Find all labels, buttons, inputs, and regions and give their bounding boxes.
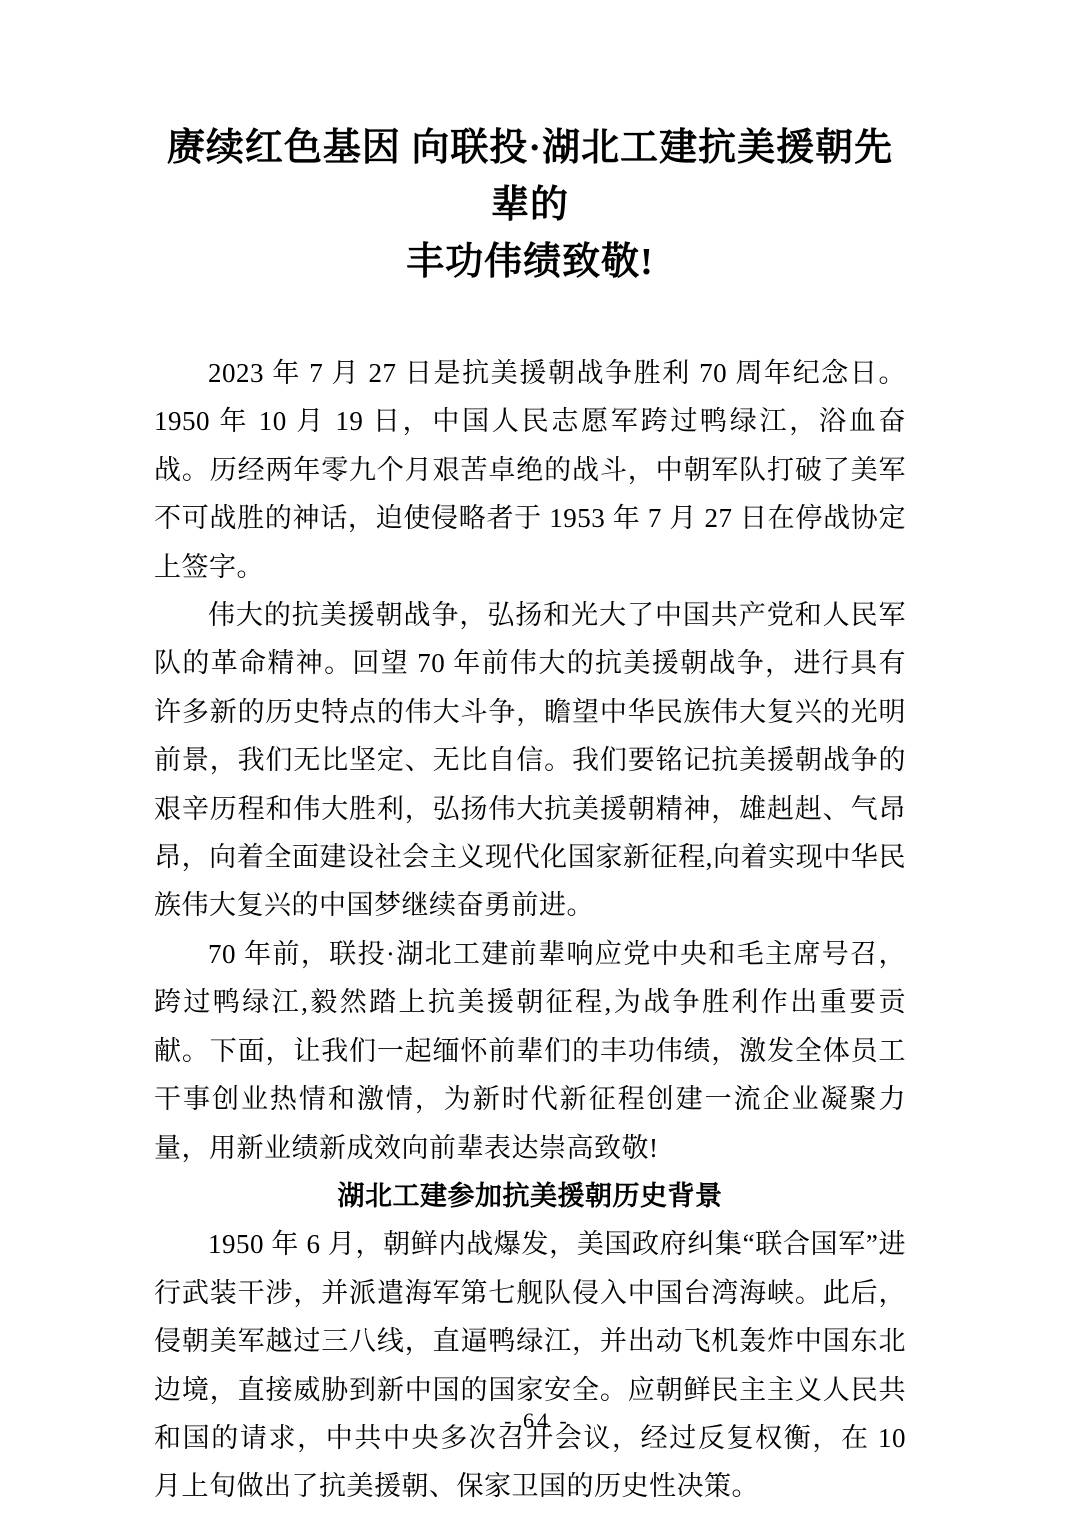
paragraph-1950-background: 1950 年 6 月，朝鲜内战爆发，美国政府纠集“联合国军”进行武装干涉，并派遣… [154,1220,906,1510]
paragraph-70-years-tribute: 70 年前，联投·湖北工建前辈响应党中央和毛主席号召，跨过鸭绿江,毅然踏上抗美援… [154,930,906,1172]
section-heading-history-background: 湖北工建参加抗美援朝历史背景 [154,1172,906,1220]
paragraph-great-war-spirit: 伟大的抗美援朝战争，弘扬和光大了中国共产党和人民军队的革命精神。回望 70 年前… [154,591,906,930]
document-title-line-1: 赓续红色基因 向联投·湖北工建抗美援朝先辈的 [154,120,906,234]
document-title-line-2: 丰功伟绩致敬! [154,234,906,291]
paragraph-anniversary-intro: 2023 年 7 月 27 日是抗美援朝战争胜利 70 周年纪念日。1950 年… [154,349,906,591]
page-footer: - 64 - [0,1408,1074,1434]
document-title: 赓续红色基因 向联投·湖北工建抗美援朝先辈的 丰功伟绩致敬! [154,120,906,291]
document-content: 赓续红色基因 向联投·湖北工建抗美援朝先辈的 丰功伟绩致敬! 2023 年 7 … [154,120,906,1511]
document-page: 赓续红色基因 向联投·湖北工建抗美援朝先辈的 丰功伟绩致敬! 2023 年 7 … [0,0,1074,1520]
page-number: - 64 - [504,1408,570,1433]
